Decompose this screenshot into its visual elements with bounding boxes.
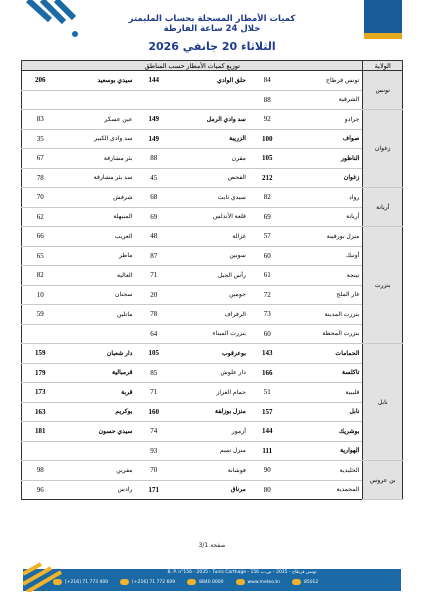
station-name: سجنان (59, 285, 136, 305)
station-name (59, 441, 136, 461)
col-distribution: توزيع كميات الأمطار حسب المناطق (22, 61, 363, 71)
rainfall-value: 57 (249, 227, 285, 247)
station-name: مقرن (172, 149, 249, 169)
rainfall-value: 159 (22, 344, 59, 364)
station-name: تونس قرطاج (285, 71, 363, 91)
table-row: المحمدية80مرناق171رادس96 (22, 480, 403, 500)
station-name: بوكريم (59, 402, 136, 422)
station-name: المنيهلة (59, 207, 136, 227)
station-name: رأس الجبل (172, 266, 249, 286)
station-name: الرفراف (172, 305, 249, 325)
rainfall-value: 90 (249, 461, 285, 481)
rainfall-value: 68 (136, 188, 172, 208)
station-name: جرادو (285, 110, 363, 130)
rainfall-value: 181 (22, 422, 59, 442)
station-name: بئر مشارقة (59, 149, 136, 169)
rainfall-value: 92 (249, 110, 285, 130)
rainfall-value: 171 (136, 480, 172, 500)
station-name: نابل (285, 402, 363, 422)
rainfall-value: 10 (22, 285, 59, 305)
station-name: فوشانة (172, 461, 249, 481)
rainfall-value: 149 (136, 129, 172, 149)
station-name: الشرقية (285, 90, 363, 110)
table-row: الناظور105مقرن88بئر مشارقة67 (22, 149, 403, 169)
table-row: غار الملح72جومين20سجنان10 (22, 285, 403, 305)
station-name (59, 324, 136, 344)
table-body: تونستونس قرطاج84حلق الوادي144سيدي بوسعيد… (22, 71, 403, 500)
rainfall-value (22, 90, 59, 110)
table-row: أريانةرواد82سيدي ثابت68شرفش70 (22, 188, 403, 208)
title-line1: كميات الأمطار المسجلة بحساب المليمتر (0, 14, 424, 24)
table-row: بن عروسالخليدية90فوشانة70مقرين98 (22, 461, 403, 481)
rainfall-value: 60 (249, 246, 285, 266)
station-name: سيدي حسون (59, 422, 136, 442)
rainfall-value: 65 (22, 246, 59, 266)
hotline-contact: 8840 0000 (187, 579, 223, 585)
station-name: تينجة (285, 266, 363, 286)
footer-contacts: [+216] 71 773 400 [+216] 71 772 609 8840… (53, 579, 401, 585)
station-name: مرناق (172, 480, 249, 500)
rainfall-value: 64 (136, 324, 172, 344)
rainfall-value: 163 (22, 402, 59, 422)
station-name: الخليدية (285, 461, 363, 481)
station-name: قرمبالية (59, 363, 136, 383)
rainfall-value (22, 441, 59, 461)
rainfall-value: 78 (136, 305, 172, 325)
station-name: الهوارية (285, 441, 363, 461)
station-name: حلق الوادي (172, 71, 249, 91)
station-name: دار شعبان (59, 344, 136, 364)
station-name (172, 90, 249, 110)
rainfall-value: 69 (136, 207, 172, 227)
station-name: غزالة (172, 227, 249, 247)
governorate-cell: أريانة (363, 188, 403, 227)
table-row: نابل157منزل بوزلفة160بوكريم163 (22, 402, 403, 422)
station-name: أزمور (172, 422, 249, 442)
rainfall-value: 71 (136, 266, 172, 286)
governorate-cell: بن عروس (363, 461, 403, 500)
station-name: سد بئر مشارقة (59, 168, 136, 188)
rainfall-value: 61 (249, 266, 285, 286)
station-name: رادس (59, 480, 136, 500)
table-row: بنزرت المحطة60بنزرت الميناء64 (22, 324, 403, 344)
rainfall-value: 88 (136, 149, 172, 169)
station-name: المحمدية (285, 480, 363, 500)
station-name: الحمامات (285, 344, 363, 364)
rainfall-value: 93 (136, 441, 172, 461)
footer-address: B. P. n°156 - 2035 - Tunis Carthage - تو… (83, 570, 401, 575)
rainfall-value: 66 (22, 227, 59, 247)
report-date: الثلاثاء 20 جانفي 2026 (0, 40, 424, 53)
station-name: الناظور (285, 149, 363, 169)
globe-icon (236, 579, 245, 585)
sms-icon (292, 579, 301, 585)
station-name: سيدي بوسعيد (59, 71, 136, 91)
rainfall-value: 59 (22, 305, 59, 325)
station-name: بوشريك (285, 422, 363, 442)
rainfall-value: 74 (136, 422, 172, 442)
table-row: أريانة69قلعة الأندلس69المنيهلة62 (22, 207, 403, 227)
governorate-cell: زغوان (363, 110, 403, 188)
document-page: كميات الأمطار المسجلة بحساب المليمتر خلا… (0, 0, 424, 600)
station-name: منزل تميم (172, 441, 249, 461)
station-name: مقرين (59, 461, 136, 481)
station-name: دار علوش (172, 363, 249, 383)
rainfall-value: 73 (249, 305, 285, 325)
table-row: الشرقية88 (22, 90, 403, 110)
station-name: أوتيك (285, 246, 363, 266)
table-row: زغوانجرادو92سد وادي الرمل149عين عسكر83 (22, 110, 403, 130)
rainfall-table: الولاية توزيع كميات الأمطار حسب المناطق … (21, 60, 403, 500)
governorate-cell: بنزرت (363, 227, 403, 344)
station-name: عين عسكر (59, 110, 136, 130)
station-name: بوعرقوب (172, 344, 249, 364)
rainfall-value: 62 (22, 207, 59, 227)
station-name: الفحص (172, 168, 249, 188)
rainfall-value: 212 (249, 168, 285, 188)
rainfall-value: 157 (249, 402, 285, 422)
station-name: بنزرت المدينة (285, 305, 363, 325)
rainfall-value: 35 (22, 129, 59, 149)
station-name: صواف (285, 129, 363, 149)
rainfall-value: 78 (22, 168, 59, 188)
rainfall-value: 179 (22, 363, 59, 383)
rainfall-value: 105 (136, 344, 172, 364)
footer-bar: B. P. n°156 - 2035 - Tunis Carthage - تو… (23, 569, 401, 591)
station-name (59, 90, 136, 110)
rainfall-value: 206 (22, 71, 59, 91)
station-name: العالية (59, 266, 136, 286)
rainfall-value: 70 (136, 461, 172, 481)
rainfall-value: 60 (249, 324, 285, 344)
rainfall-value: 80 (249, 480, 285, 500)
rainfall-value: 160 (136, 402, 172, 422)
rainfall-value: 82 (249, 188, 285, 208)
hotline-icon (187, 579, 196, 585)
station-name: الزريبة (172, 129, 249, 149)
station-name: زغوان (285, 168, 363, 188)
table-row: صواف100الزريبة149سد وادي الكبير35 (22, 129, 403, 149)
table-row: بوشريك144أزمور74سيدي حسون181 (22, 422, 403, 442)
station-name: شرفش (59, 188, 136, 208)
rainfall-value: 48 (136, 227, 172, 247)
station-name: سيدي ثابت (172, 188, 249, 208)
station-name: سد وادي الرمل (172, 110, 249, 130)
table-row: تونستونس قرطاج84حلق الوادي144سيدي بوسعيد… (22, 71, 403, 91)
governorate-cell: تونس (363, 71, 403, 110)
rainfall-value: 87 (136, 246, 172, 266)
station-name: غار الملح (285, 285, 363, 305)
table-row: زغوان212الفحص45سد بئر مشارقة78 (22, 168, 403, 188)
station-name: رواد (285, 188, 363, 208)
fax-icon (120, 579, 129, 585)
station-name: ماطر (59, 246, 136, 266)
rainfall-value: 51 (249, 383, 285, 403)
rainfall-value: 84 (249, 71, 285, 91)
rainfall-value: 111 (249, 441, 285, 461)
station-name: قليبية (285, 383, 363, 403)
rainfall-value: 98 (22, 461, 59, 481)
rainfall-value: 72 (249, 285, 285, 305)
station-name: منزل بورقيبة (285, 227, 363, 247)
website-link[interactable]: www.meteo.tn (236, 579, 280, 585)
table-row: بنزرت المدينة73الرفراف78ماتلين59 (22, 305, 403, 325)
station-name: سونين (172, 246, 249, 266)
rainfall-value (22, 324, 59, 344)
rainfall-value: 96 (22, 480, 59, 500)
rainfall-value: 71 (136, 383, 172, 403)
station-name: ماتلين (59, 305, 136, 325)
table-row: الهوارية111منزل تميم93 (22, 441, 403, 461)
station-name: سد وادي الكبير (59, 129, 136, 149)
rainfall-value: 105 (249, 149, 285, 169)
station-name: قربة (59, 383, 136, 403)
title-line2: خلال 24 ساعة الفارطة (0, 24, 424, 34)
rainfall-value: 85 (136, 363, 172, 383)
station-name: جومين (172, 285, 249, 305)
table-row: نابلالحمامات143بوعرقوب105دار شعبان159 (22, 344, 403, 364)
station-name: بنزرت الميناء (172, 324, 249, 344)
governorate-cell: نابل (363, 344, 403, 461)
rainfall-value: 143 (249, 344, 285, 364)
rainfall-value: 173 (22, 383, 59, 403)
station-name: تاكلسة (285, 363, 363, 383)
table-row: تاكلسة166دار علوش85قرمبالية179 (22, 363, 403, 383)
rainfall-value: 82 (22, 266, 59, 286)
col-governorate: الولاية (363, 61, 403, 71)
rainfall-value: 100 (249, 129, 285, 149)
rainfall-value: 144 (249, 422, 285, 442)
rainfall-value: 166 (249, 363, 285, 383)
rainfall-value: 70 (22, 188, 59, 208)
footer-stripes-icon (23, 562, 63, 592)
rainfall-value: 144 (136, 71, 172, 91)
table-row: بنزرتمنزل بورقيبة57غزالة48العزيب66 (22, 227, 403, 247)
rainfall-value: 45 (136, 168, 172, 188)
rainfall-value: 20 (136, 285, 172, 305)
station-name: العزيب (59, 227, 136, 247)
rainfall-value: 83 (22, 110, 59, 130)
page-number: صفحة 3/1 (0, 542, 424, 549)
station-name: بنزرت المحطة (285, 324, 363, 344)
rainfall-value: 88 (249, 90, 285, 110)
station-name: قلعة الأندلس (172, 207, 249, 227)
table-row: أوتيك60سونين87ماطر65 (22, 246, 403, 266)
table-row: قليبية51حمام الغزاز71قربة173 (22, 383, 403, 403)
station-name: منزل بوزلفة (172, 402, 249, 422)
station-name: حمام الغزاز (172, 383, 249, 403)
sms-contact: 85012 (292, 579, 318, 585)
rainfall-value: 149 (136, 110, 172, 130)
station-name: أريانة (285, 207, 363, 227)
fax-contact: [+216] 71 772 609 (120, 579, 175, 585)
rainfall-value (136, 90, 172, 110)
rainfall-value: 67 (22, 149, 59, 169)
table-row: تينجة61رأس الجبل71العالية82 (22, 266, 403, 286)
rainfall-value: 69 (249, 207, 285, 227)
